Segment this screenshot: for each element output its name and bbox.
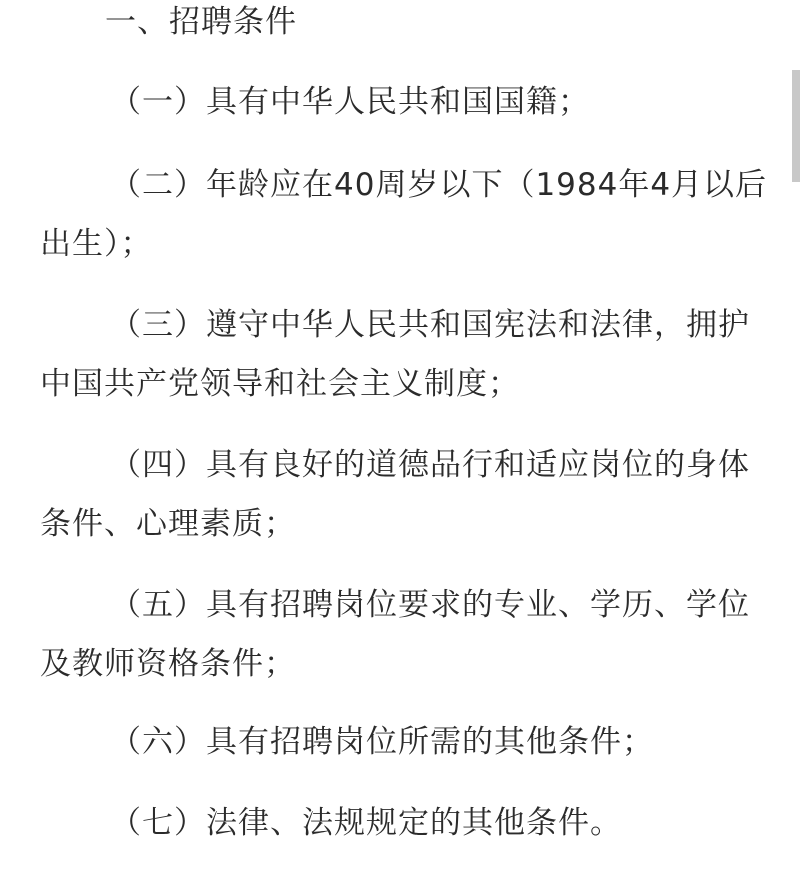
condition-4-line-2: 条件、心理素质；	[40, 504, 296, 544]
condition-3-line-1: （三）遵守中华人民共和国宪法和法律，拥护	[110, 305, 750, 345]
vertical-scrollbar[interactable]	[792, 70, 800, 182]
condition-5-line-2: 及教师资格条件；	[40, 644, 296, 684]
condition-2-line-1: （二）年龄应在40周岁以下（1984年4月以后	[110, 165, 767, 205]
condition-1: （一）具有中华人民共和国国籍；	[110, 82, 590, 122]
condition-4-line-1: （四）具有良好的道德品行和适应岗位的身体	[110, 445, 750, 485]
condition-3-line-2: 中国共产党领导和社会主义制度；	[40, 364, 520, 404]
condition-2-line-2: 出生）；	[40, 224, 153, 264]
section-heading: 一、招聘条件	[105, 2, 297, 42]
condition-5-line-1: （五）具有招聘岗位要求的专业、学历、学位	[110, 585, 750, 625]
condition-7: （七）法律、法规规定的其他条件。	[110, 803, 622, 843]
condition-6: （六）具有招聘岗位所需的其他条件；	[110, 722, 654, 762]
